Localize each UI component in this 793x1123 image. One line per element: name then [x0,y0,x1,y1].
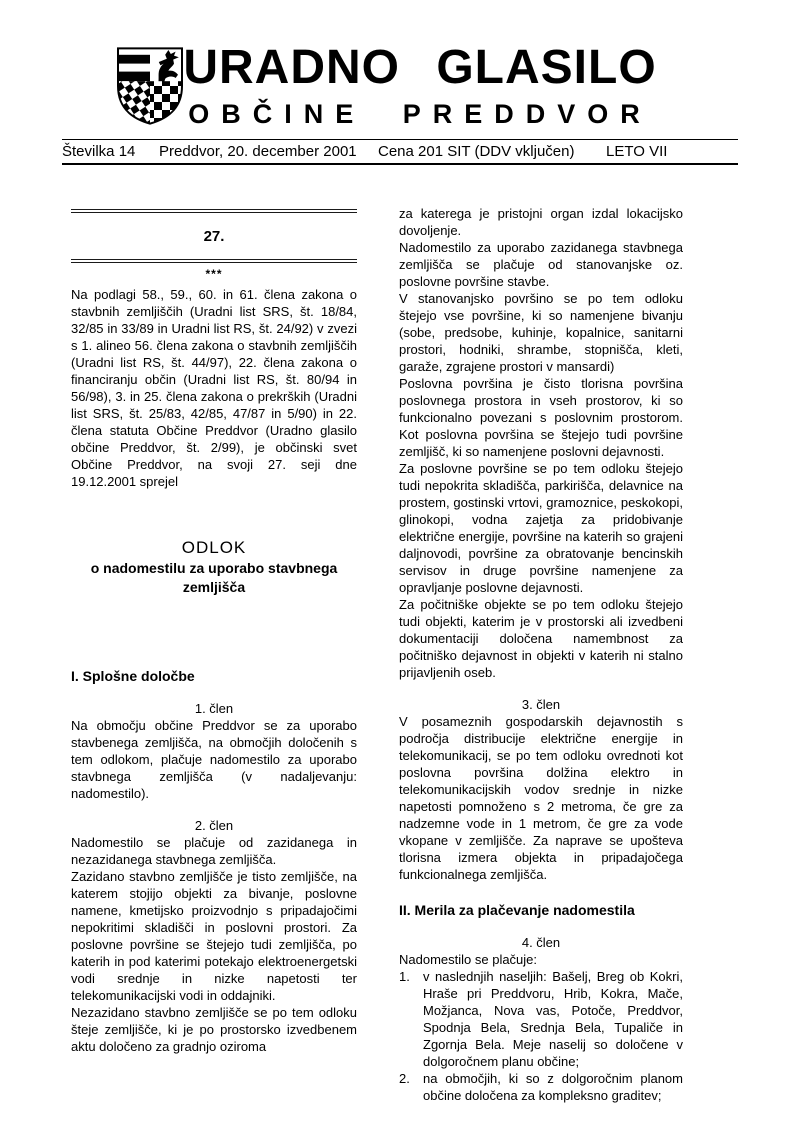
right-column: za katerega je pristojni organ izdal lok… [399,205,683,1104]
article-4-intro: Nadomestilo se plačuje: [399,951,683,968]
article-2-paragraph: Zazidano stavbno zemljišče je tisto zeml… [71,868,357,1004]
coat-of-arms-icon [114,46,186,126]
list-item-number: 1. [399,968,423,1070]
body-paragraph: Za počitniške objekte se po tem odloku š… [399,596,683,681]
article-rule-bottom [71,259,357,263]
decree-subtitle: o nadomestilu za uporabo stavbnega zemlj… [71,559,357,597]
issue-year: LETO VII [606,142,667,162]
body-paragraph: Nadomestilo za uporabo zazidanega stavbn… [399,239,683,290]
article-number: 27. [71,228,357,245]
article-2-paragraph: Nezazidano stavbno zemljišče se po tem o… [71,1004,357,1055]
list-item: 2. na območjih, ki so z dolgoročnim plan… [399,1070,683,1104]
gazette-subtitle: OBČINE PREDDVOR [178,98,662,130]
left-column: 27. *** Na podlagi 58., 59., 60. in 61. … [71,209,357,1055]
article-4-heading: 4. člen [399,934,683,951]
preamble-paragraph: Na podlagi 58., 59., 60. in 61. člena za… [71,286,357,490]
gazette-page: URADNO GLASILO OBČINE PREDDVOR Številka … [0,0,793,1123]
list-item: 1. v naslednjih naseljih: Bašelj, Breg o… [399,968,683,1070]
masthead: URADNO GLASILO OBČINE PREDDVOR [178,40,662,130]
list-item-number: 2. [399,1070,423,1104]
issue-price: Cena 201 SIT (DDV vključen) [378,142,574,162]
separator-stars: *** [71,266,357,283]
issue-date: Preddvor, 20. december 2001 [159,142,357,162]
list-item-text: v naslednjih naseljih: Bašelj, Breg ob K… [423,968,683,1070]
section-2-heading: II. Merila za plačevanje nadomestila [399,902,683,919]
article-rule-top [71,209,357,213]
gazette-title: URADNO GLASILO [178,40,662,96]
article-3-text: V posameznih gospodarskih dejavnostih s … [399,713,683,883]
article-1-heading: 1. člen [71,700,357,717]
issue-info-bar: Številka 14 Preddvor, 20. december 2001 … [62,142,738,162]
info-rule-top [62,139,738,140]
decree-title: ODLOK [71,539,357,556]
body-paragraph: Poslovna površina je čisto tlorisna povr… [399,375,683,460]
article-3-heading: 3. člen [399,696,683,713]
body-paragraph: za katerega je pristojni organ izdal lok… [399,205,683,239]
article-4-list: 1. v naslednjih naseljih: Bašelj, Breg o… [399,968,683,1104]
body-paragraph: V stanovanjsko površino se po tem odloku… [399,290,683,375]
list-item-text: na območjih, ki so z dolgoročnim planom … [423,1070,683,1104]
article-1-text: Na območju občine Preddvor se za uporabo… [71,717,357,802]
article-2-paragraph: Nadomestilo se plačuje od zazidanega in … [71,834,357,868]
issue-number: Številka 14 [62,142,135,162]
body-paragraph: Za poslovne površine se po tem odloku št… [399,460,683,596]
article-2-heading: 2. člen [71,817,357,834]
info-rule-bottom [62,163,738,165]
section-1-heading: I. Splošne določbe [71,668,357,685]
